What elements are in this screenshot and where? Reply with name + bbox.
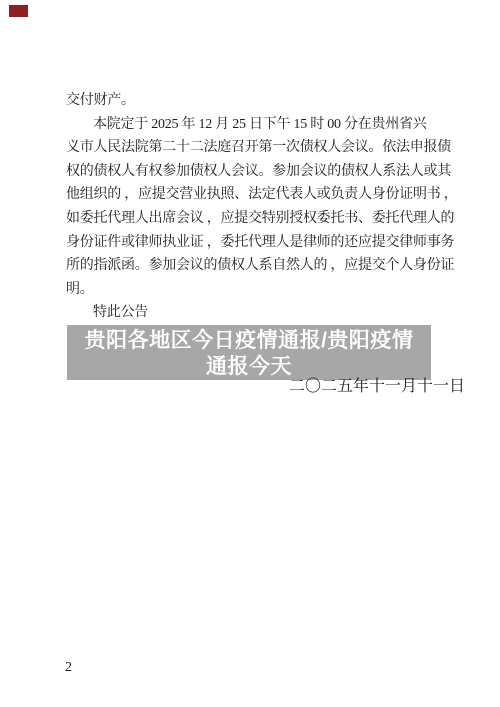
text-line: 明。 xyxy=(66,278,452,302)
text-line-closing-notice: 特此公告 xyxy=(66,301,452,325)
text-line: 交付财产。 xyxy=(66,89,452,113)
page-number: 2 xyxy=(65,659,72,677)
text-line: 身份证件或律师执业证 ，委托代理人是律师的还应提交律师事务 xyxy=(66,231,452,255)
gray-title-overlay: 贵阳各地区今日疫情通报/贵阳疫情 通报今天 xyxy=(67,325,431,380)
document-page: 交付财产。 本院定于 2025 年 12 月 25 日下午 15 时 00 分在… xyxy=(0,0,500,707)
red-corner-marker xyxy=(9,5,28,17)
document-body-text: 交付财产。 本院定于 2025 年 12 月 25 日下午 15 时 00 分在… xyxy=(66,89,452,325)
text-line: 义市人民法院第二十二法庭召开第一次债权人会议。依法申报债 xyxy=(66,136,452,160)
overlay-title-line: 贵阳各地区今日疫情通报/贵阳疫情 xyxy=(67,328,431,354)
text-line: 权的债权人有权参加债权人会议。参加会议的债权人系法人或其 xyxy=(66,160,452,184)
text-line: 如委托代理人出席会议 ，应提交特别授权委托书、委托代理人的 xyxy=(66,207,452,231)
text-line: 所的指派函。参加会议的债权人系自然人的 ，应提交个人身份证 xyxy=(66,254,452,278)
text-line: 他组织的 ，应提交营业执照、法定代表人或负责人身份证明书 ， xyxy=(66,183,452,207)
text-line: 本院定于 2025 年 12 月 25 日下午 15 时 00 分在贵州省兴 xyxy=(66,113,452,137)
document-date: 二〇二五年十一月十一日 xyxy=(289,375,465,399)
